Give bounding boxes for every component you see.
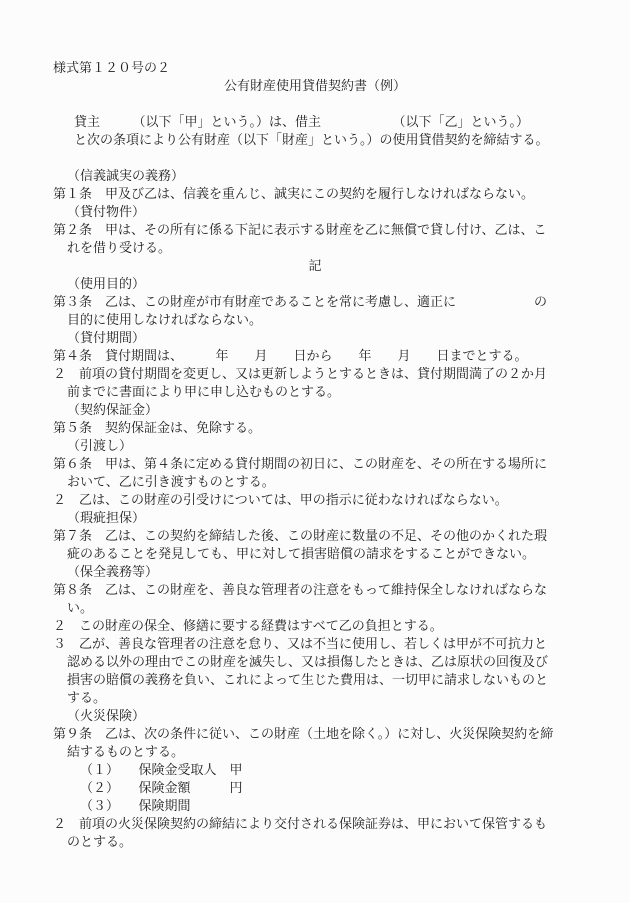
article-heading: （契約保証金） (53, 401, 590, 419)
article-text: 結するものとする。 (53, 743, 590, 761)
article-heading: （保全義務等） (53, 563, 590, 581)
article-text: 前までに書面により甲に申し込むものとする。 (53, 383, 590, 401)
article-text: 第９条 乙は、次の条件に従い、この財産（土地を除く。）に対し、火災保険契約を締 (53, 725, 590, 743)
preamble-line: 貸主 （以下「甲」という。）は、借主 （以下「乙」という。） (53, 113, 590, 131)
article-text: 第１条 甲及び乙は、信義を重んじ、誠実にこの契約を履行しなければならない。 (53, 185, 590, 203)
enum-item: （３） 保険期間 (53, 797, 590, 815)
article-text: 第２条 甲は、その所有に係る下記に表示する財産を乙に無償で貸し付け、乙は、こ (53, 221, 590, 239)
enum-item: （１） 保険金受取人 甲 (53, 761, 590, 779)
form-number: 様式第１２０号の２ (53, 59, 590, 77)
article-text: する。 (53, 689, 590, 707)
article-text: 認める以外の理由でこの財産を滅失し、又は損傷したときは、乙は原状の回復及び (53, 653, 590, 671)
enum-item: （２） 保険金額 円 (53, 779, 590, 797)
article-heading: （瑕疵担保） (53, 509, 590, 527)
article-text: 疵のあることを発見しても、甲に対して損害賠償の請求をすることができない。 (53, 545, 590, 563)
article-heading: （貸付物件） (53, 203, 590, 221)
article-text: ２ 前項の火災保険契約の締結により交付される保険証券は、甲において保管するも (53, 815, 590, 833)
article-text: 損害の賠償の義務を負い、これによって生じた費用は、一切甲に請求しないものと (53, 671, 590, 689)
article-text: 第４条 貸付期間は、 年 月 日から 年 月 日までとする。 (53, 347, 590, 365)
preamble-line: と次の条項により公有財産（以下「財産」という。）の使用貸借契約を締結する。 (53, 131, 590, 149)
article-text: い。 (53, 599, 590, 617)
blank-line (53, 95, 590, 113)
article-heading: （引渡し） (53, 437, 590, 455)
article-text: れを借り受ける。 (53, 239, 590, 257)
article-text: おいて、乙に引き渡すものとする。 (53, 473, 590, 491)
article-heading: （使用目的） (53, 275, 590, 293)
blank-line (53, 149, 590, 167)
article-text: 第６条 甲は、第４条に定める貸付期間の初日に、この財産を、その所在する場所に (53, 455, 590, 473)
article-text: ２ 乙は、この財産の引受けについては、甲の指示に従わなければならない。 (53, 491, 590, 509)
article-text: 第８条 乙は、この財産を、善良な管理者の注意をもって維持保全しなければならな (53, 581, 590, 599)
article-text: 第５条 契約保証金は、免除する。 (53, 419, 590, 437)
article-heading: （火災保険） (53, 707, 590, 725)
article-heading: （貸付期間） (53, 329, 590, 347)
article-text: ２ この財産の保全、修繕に要する経費はすべて乙の負担とする。 (53, 617, 590, 635)
contract-document-page: 様式第１２０号の２公有財産使用貸借契約書（例）貸主 （以下「甲」という。）は、借… (0, 0, 630, 903)
doc-title: 公有財産使用貸借契約書（例） (0, 77, 630, 95)
article-text: ２ 前項の貸付期間を変更し、又は更新しようとするときは、貸付期間満了の２か月 (53, 365, 590, 383)
article-text: 第７条 乙は、この契約を締結した後、この財産に数量の不足、その他のかくれた瑕 (53, 527, 590, 545)
article-text: 目的に使用しなければならない。 (53, 311, 590, 329)
ki-marker: 記 (0, 257, 630, 275)
article-text: ３ 乙が、善良な管理者の注意を怠り、又は不当に使用し、若しくは甲が不可抗力と (53, 635, 590, 653)
article-heading: （信義誠実の義務） (53, 167, 590, 185)
article-text: のとする。 (53, 833, 590, 851)
article-text: 第３条 乙は、この財産が市有財産であることを常に考慮し、適正に の (53, 293, 590, 311)
document-body: 様式第１２０号の２公有財産使用貸借契約書（例）貸主 （以下「甲」という。）は、借… (0, 0, 630, 851)
